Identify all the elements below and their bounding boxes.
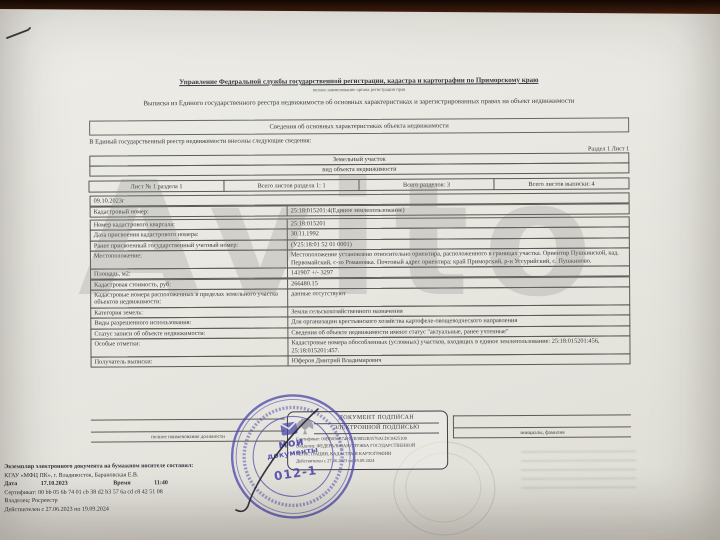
row-value: Юферов Дмитрий Владимирович xyxy=(288,355,630,366)
row-value: 25:18:015201:4(Единое землепользование) xyxy=(287,204,629,215)
row-label: Особые отметки: xyxy=(91,339,287,357)
section-banner: Сведения об основных характеристиках объ… xyxy=(89,117,629,135)
sheet-info-cell: Всего листов выписки: 4 xyxy=(494,177,630,190)
row-label: Виды разрешенного использования: xyxy=(91,318,287,328)
sheet-info-cell: Лист № 1 раздела 1 xyxy=(89,180,225,193)
row-label: Получатель выписки: xyxy=(92,357,288,367)
row-value: Кадастровые номера обособленных (условны… xyxy=(287,337,629,356)
row-label: Дата присвоения кадастрового номера: xyxy=(91,230,287,240)
footer-date-value: 17.10.2023 xyxy=(41,481,68,487)
mfc-round-stamp: мои документы 012-1 xyxy=(221,384,366,529)
object-type-caption: вид объекта недвижимости xyxy=(89,163,629,177)
sheet-info-table: Лист № 1 раздела 1 Всего листов раздела … xyxy=(89,177,629,192)
row-label: Ранее присвоенный государственный учетны… xyxy=(91,240,287,250)
footer-time-value: 11:40 xyxy=(154,480,168,486)
row-value: Местоположение установлено относительно … xyxy=(287,249,629,268)
row-label: Номер кадастрового квартала: xyxy=(91,219,287,229)
row-label: Статус записи об объекте недвижимости: xyxy=(91,328,287,338)
signature-line xyxy=(454,415,631,428)
sheet-info-cell: Всего разделов: 3 xyxy=(359,178,495,191)
row-label: Кадастровый номер: xyxy=(91,206,287,216)
document-title: Выписка из Единого государственного реес… xyxy=(69,97,649,108)
row-label: Кадастровая стоимость, руб: xyxy=(91,279,287,289)
signature-name-caption: инициалы, фамилия xyxy=(454,427,631,439)
row-label: Площадь, м2: xyxy=(91,269,287,279)
row-label: Местоположение: xyxy=(91,251,287,269)
registration-authority-caption: полное наименование органа регистрации п… xyxy=(89,85,629,93)
document-content: Управление Федеральной службы государств… xyxy=(0,0,720,540)
object-type-table: Земельный участок вид объекта недвижимос… xyxy=(89,153,629,177)
intro-line: В Единый государственный реестр недвижим… xyxy=(89,135,629,145)
footer-date-label: Дата xyxy=(4,481,17,487)
row-label: Кадастровые номера расположенных в преде… xyxy=(91,290,287,308)
signature-name-field: инициалы, фамилия xyxy=(453,414,631,438)
table-row: Кадастровый номер: 25:18:015201:4(Единое… xyxy=(90,203,630,218)
sheet-info-cell: Всего листов раздела 1: 1 xyxy=(224,179,360,192)
round-stamp-center: мои документы 012-1 xyxy=(221,384,366,529)
attributes-table: 09.10.2023г Кадастровый номер: 25:18:015… xyxy=(90,192,631,368)
bleed-through-marks xyxy=(521,450,636,495)
footer-time-label: Время xyxy=(113,481,130,487)
row-value: данные отсутствуют xyxy=(287,287,629,306)
row-label: Категория земель: xyxy=(91,307,287,317)
